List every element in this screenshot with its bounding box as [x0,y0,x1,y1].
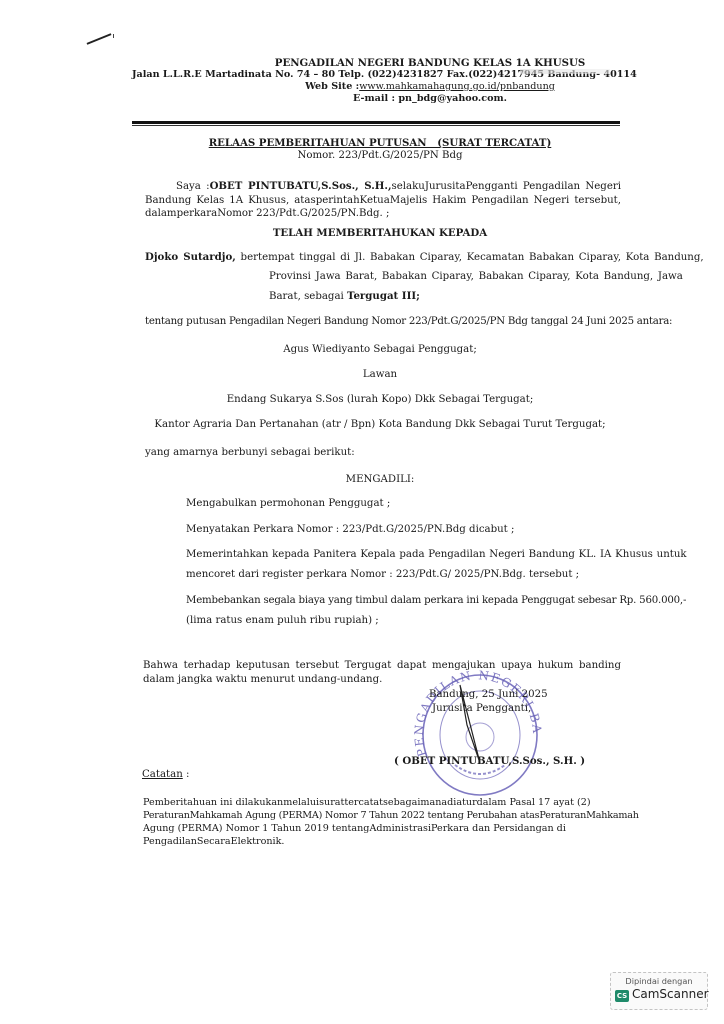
court-website: Web Site :www.mahkamahagung.go.id/pnband… [240,81,620,92]
recipient-role: Tergugat III; [347,290,420,302]
recipient-line-1: Djoko Sutardjo, bertempat tinggal di Jl.… [145,251,625,264]
intro-paragraph: Saya :OBET PINTUBATU,S.Sos., S.H.,selaku… [145,180,621,221]
note-line-2: PeraturanMahkamah Agung (PERMA) Nomor 7 … [143,810,623,823]
notice-heading: TELAH MEMBERITAHUKAN KEPADA [140,227,620,240]
verdict-item-2: Menyatakan Perkara Nomor : 223/Pdt.G/202… [186,523,626,536]
verdict-item-1: Mengabulkan permohonan Penggugat ; [186,497,626,510]
camscanner-logo-icon: CS [615,990,629,1002]
signature-place-date: Bandung, 25 Juni 2025 [429,688,589,701]
signature-name: ( OBET PINTUBATU,S.Sos., S.H. ) [394,755,594,768]
court-name: PENGADILAN NEGERI BANDUNG KELAS 1A KHUSU… [240,57,620,69]
website-label: Web Site : [305,81,359,92]
verdict-item-3a: Memerintahkan kepada Panitera Kepala pad… [186,548,626,561]
party-co-defendant: Kantor Agraria Dan Pertanahan (atr / Bpn… [140,418,620,431]
versus-label: Lawan [140,368,620,381]
camscanner-watermark: Dipindai dengan CS CamScanner [610,972,708,1010]
party-defendant: Endang Sukarya S.Sos (lurah Kopo) Dkk Se… [140,393,620,406]
note-label-text: Catatan [142,769,183,780]
court-email: E-mail : pn_bdg@yahoo.com. [240,93,620,104]
header-divider-thin [132,125,620,126]
verdict-heading: MENGADILI: [140,473,620,486]
verdict-intro: yang amarnya berbunyi sebagai berikut: [145,446,545,459]
verdict-item-4b: (lima ratus enam puluh ribu rupiah) ; [186,614,626,627]
watermark-brand: CamScanner [632,987,709,1001]
signature-role: Jurusita Pengganti, [432,702,592,715]
recipient-name: Djoko Sutardjo, [145,251,236,263]
recipient-address-1: bertempat tinggal di Jl. Babakan Ciparay… [236,252,704,263]
verdict-item-3b: mencoret dari register perkara Nomor : 2… [186,568,626,581]
note-colon: : [183,769,190,780]
recipient-role-prefix: Barat, sebagai [269,291,347,302]
website-link[interactable]: www.mahkamahagung.go.id/pnbandung [359,81,555,92]
recipient-line-3: Barat, sebagai Tergugat III; [269,290,629,303]
intro-prefix: Saya : [176,181,210,192]
pen-dot [113,34,114,38]
pen-mark [87,33,112,45]
note-line-1: Pemberitahuan ini dilakukanmelaluisuratt… [143,797,623,810]
party-plaintiff: Agus Wiediyanto Sebagai Penggugat; [140,343,620,356]
note-line-4: PengadilanSecaraElektronik. [143,836,623,849]
watermark-caption: Dipindai dengan [611,976,707,986]
court-stamp-icon: PENGADILAN NEGERI BANDUNG [405,665,555,800]
document-title-text: RELAAS PEMBERITAHUAN PUTUSAN (SURAT TERC… [209,137,552,149]
decision-reference: tentang putusan Pengadilan Negeri Bandun… [145,315,635,328]
bailiff-name: OBET PINTUBATU,S.Sos., S.H., [210,180,392,192]
verdict-item-4a: Membebankan segala biaya yang timbul dal… [186,594,626,607]
recipient-line-2: Provinsi Jawa Barat, Babakan Ciparay, Ba… [269,270,629,283]
note-line-3: Agung (PERMA) Nomor 1 Tahun 2019 tentang… [143,823,623,836]
note-label: Catatan : [142,768,262,781]
document-number: Nomor. 223/Pdt.G/2025/PN Bdg [140,149,620,162]
scan-artifact [520,69,610,74]
header-divider [132,121,620,124]
